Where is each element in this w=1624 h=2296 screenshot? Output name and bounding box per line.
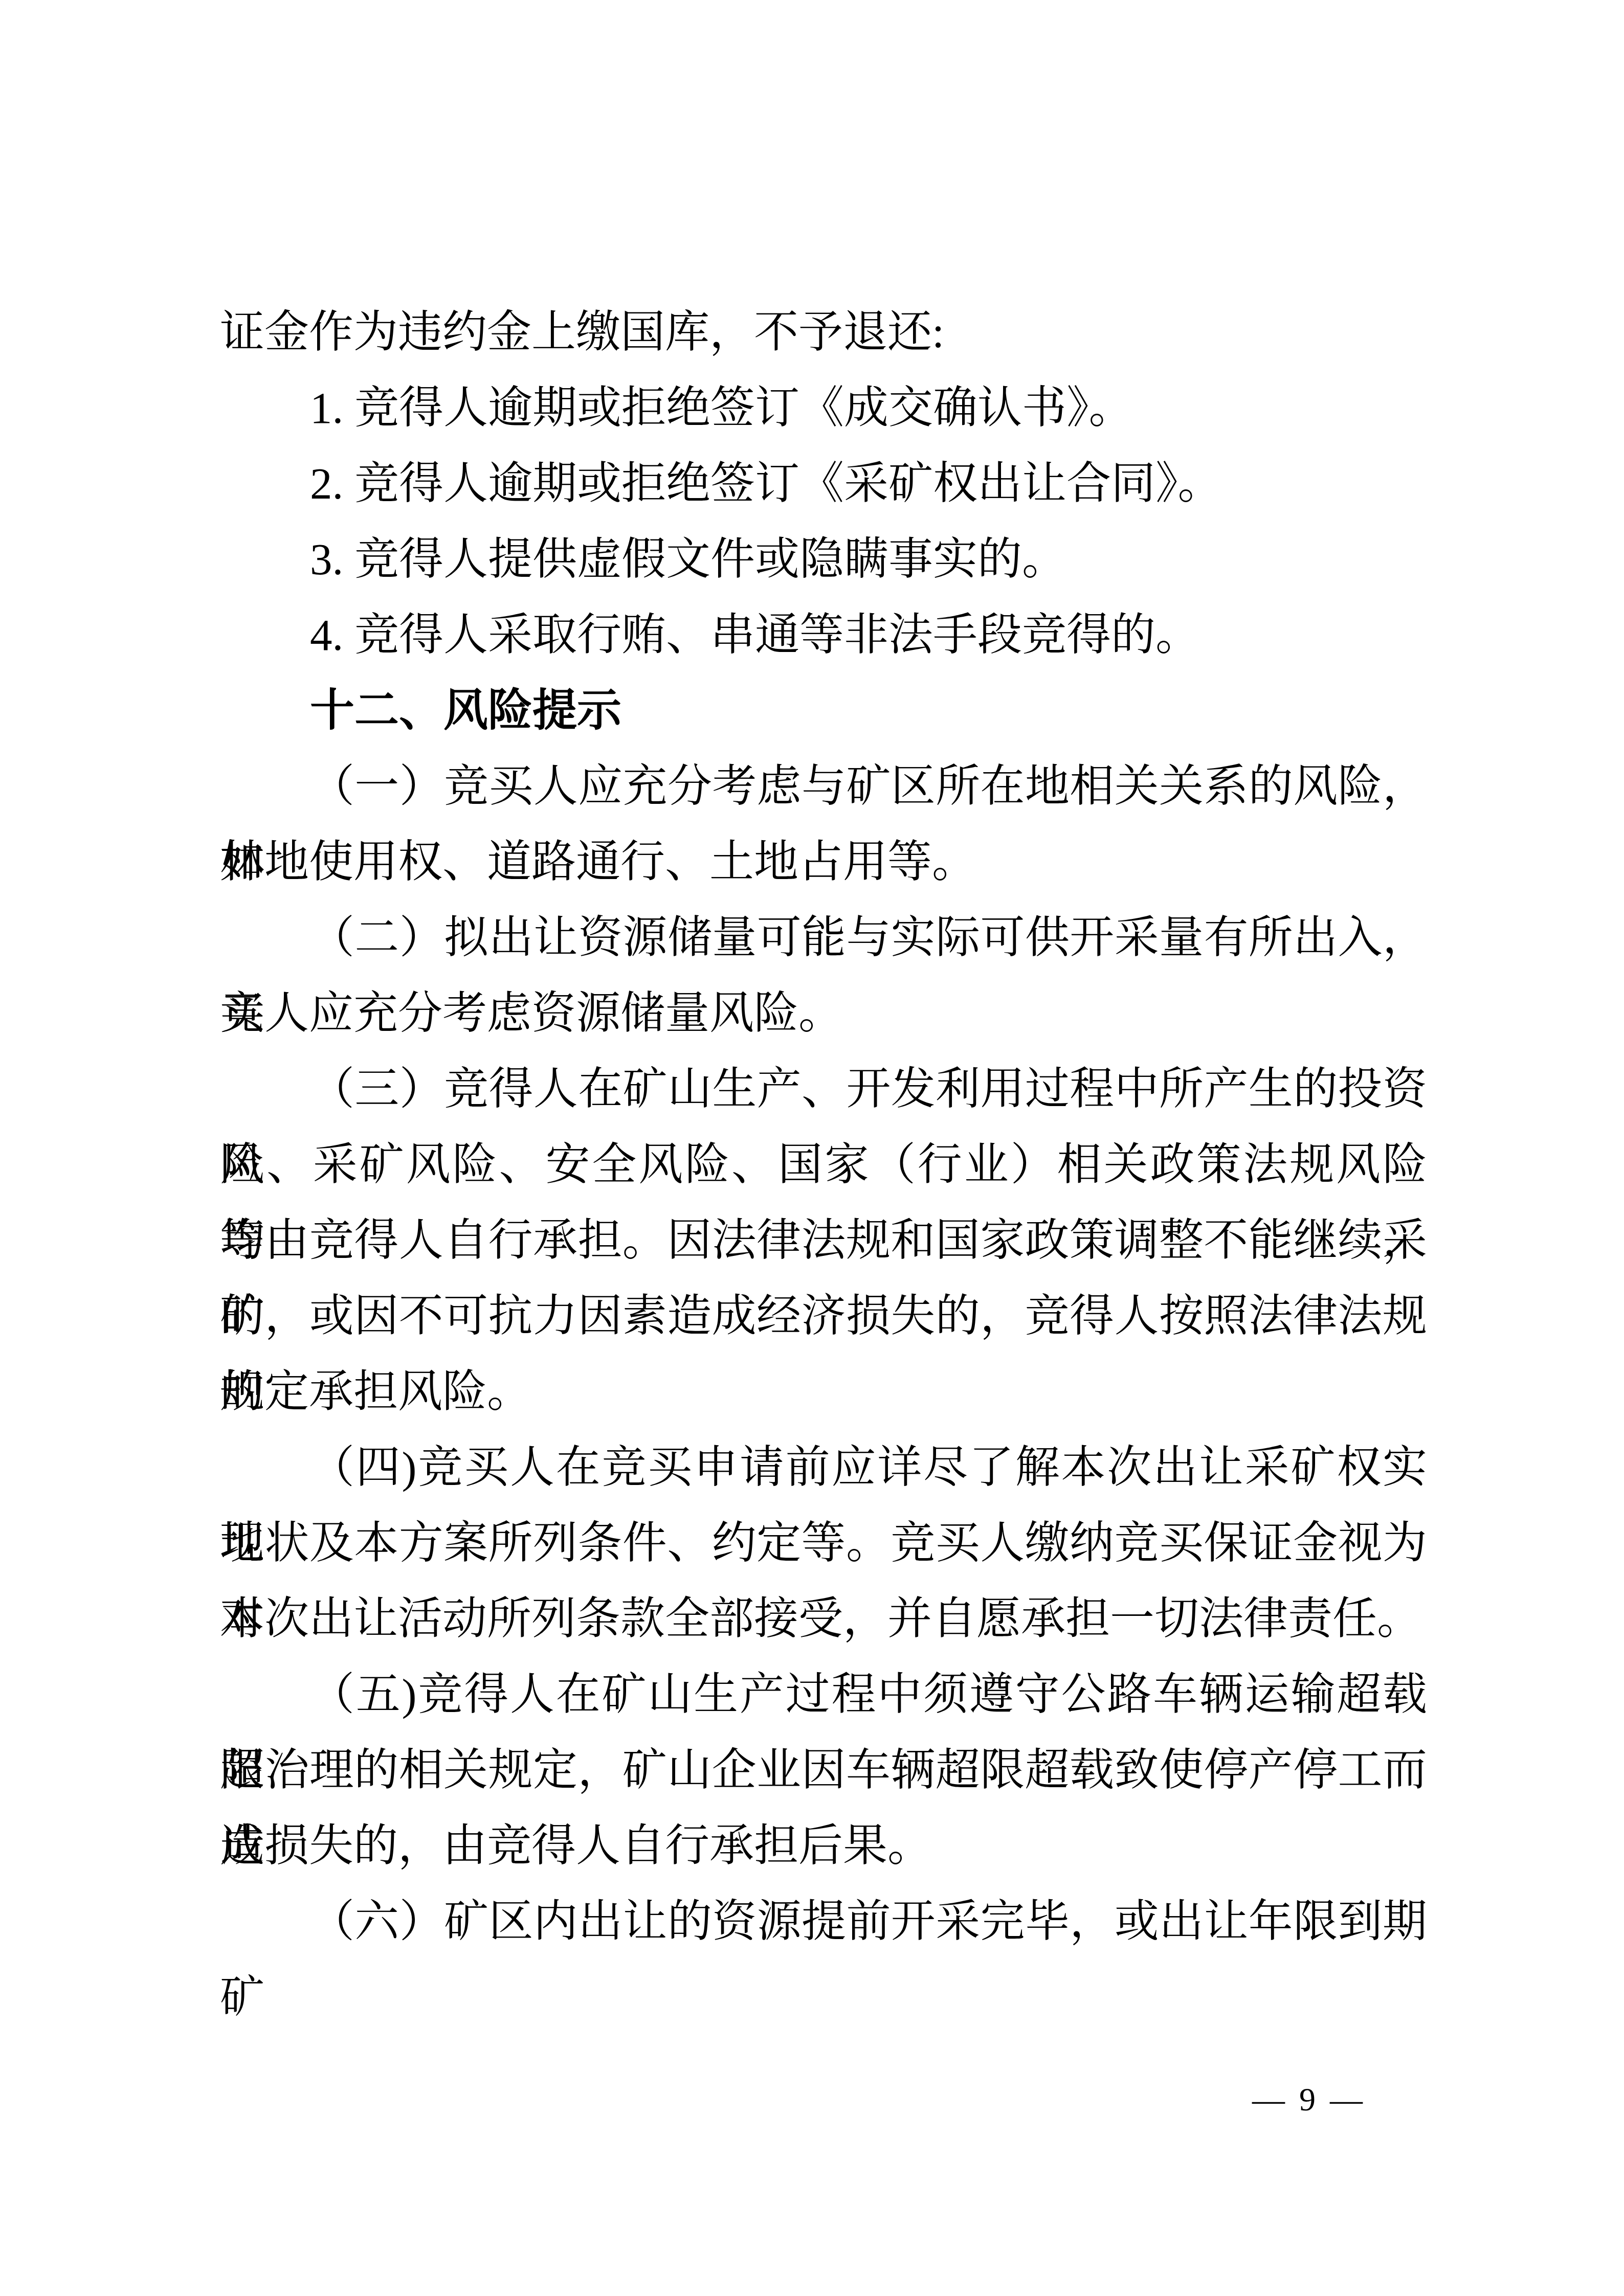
text-line: （六）矿区内出让的资源提前开采完毕，或出让年限到期矿: [220, 1884, 1427, 1960]
text-line: 本次出让活动所列条款全部接受，并自愿承担一切法律责任。: [220, 1581, 1427, 1657]
section-heading: 十二、风险提示: [220, 673, 1427, 749]
document-page: 证金作为违约金上缴国库，不予退还:1. 竞得人逾期或拒绝签订《成交确认书》。2.…: [0, 0, 1624, 2296]
text-line: 险、采矿风险、安全风险、国家（行业）相关政策法规风险等，: [220, 1127, 1427, 1203]
text-line: 规定承担风险。: [220, 1354, 1427, 1430]
text-line: 4. 竞得人采取行贿、串通等非法手段竞得的。: [220, 597, 1427, 673]
text-line: 3. 竞得人提供虚假文件或隐瞒事实的。: [220, 522, 1427, 597]
text-line: 成损失的，由竞得人自行承担后果。: [220, 1808, 1427, 1884]
text-line: 1. 竞得人逾期或拒绝签订《成交确认书》。: [220, 370, 1427, 446]
text-line: （五)竞得人在矿山生产过程中须遵守公路车辆运输超载超: [220, 1657, 1427, 1732]
text-line: 限治理的相关规定，矿山企业因车辆超限超载致使停产停工而造: [220, 1732, 1427, 1808]
text-line: （二）拟出让资源储量可能与实际可供开采量有所出入，竞: [220, 900, 1427, 976]
text-line: 的，或因不可抗力因素造成经济损失的，竞得人按照法律法规的: [220, 1278, 1427, 1354]
text-line: 林地使用权、道路通行、土地占用等。: [220, 824, 1427, 900]
page-number: — 9 —: [1252, 2075, 1366, 2124]
text-line: （四)竞买人在竞买申请前应详尽了解本次出让采矿权实地: [220, 1430, 1427, 1505]
text-line: 证金作为违约金上缴国库，不予退还:: [220, 295, 1427, 370]
document-body: 证金作为违约金上缴国库，不予退还:1. 竞得人逾期或拒绝签订《成交确认书》。2.…: [220, 295, 1427, 1960]
text-line: （三）竞得人在矿山生产、开发利用过程中所产生的投资风: [220, 1051, 1427, 1127]
text-line: 现状及本方案所列条件、约定等。竞买人缴纳竞买保证金视为对: [220, 1505, 1427, 1581]
text-line: （一）竞买人应充分考虑与矿区所在地相关关系的风险，如: [220, 749, 1427, 824]
text-line: 均由竞得人自行承担。因法律法规和国家政策调整不能继续采矿: [220, 1203, 1427, 1278]
text-line: 买人应充分考虑资源储量风险。: [220, 976, 1427, 1051]
text-line: 2. 竞得人逾期或拒绝签订《采矿权出让合同》。: [220, 446, 1427, 522]
